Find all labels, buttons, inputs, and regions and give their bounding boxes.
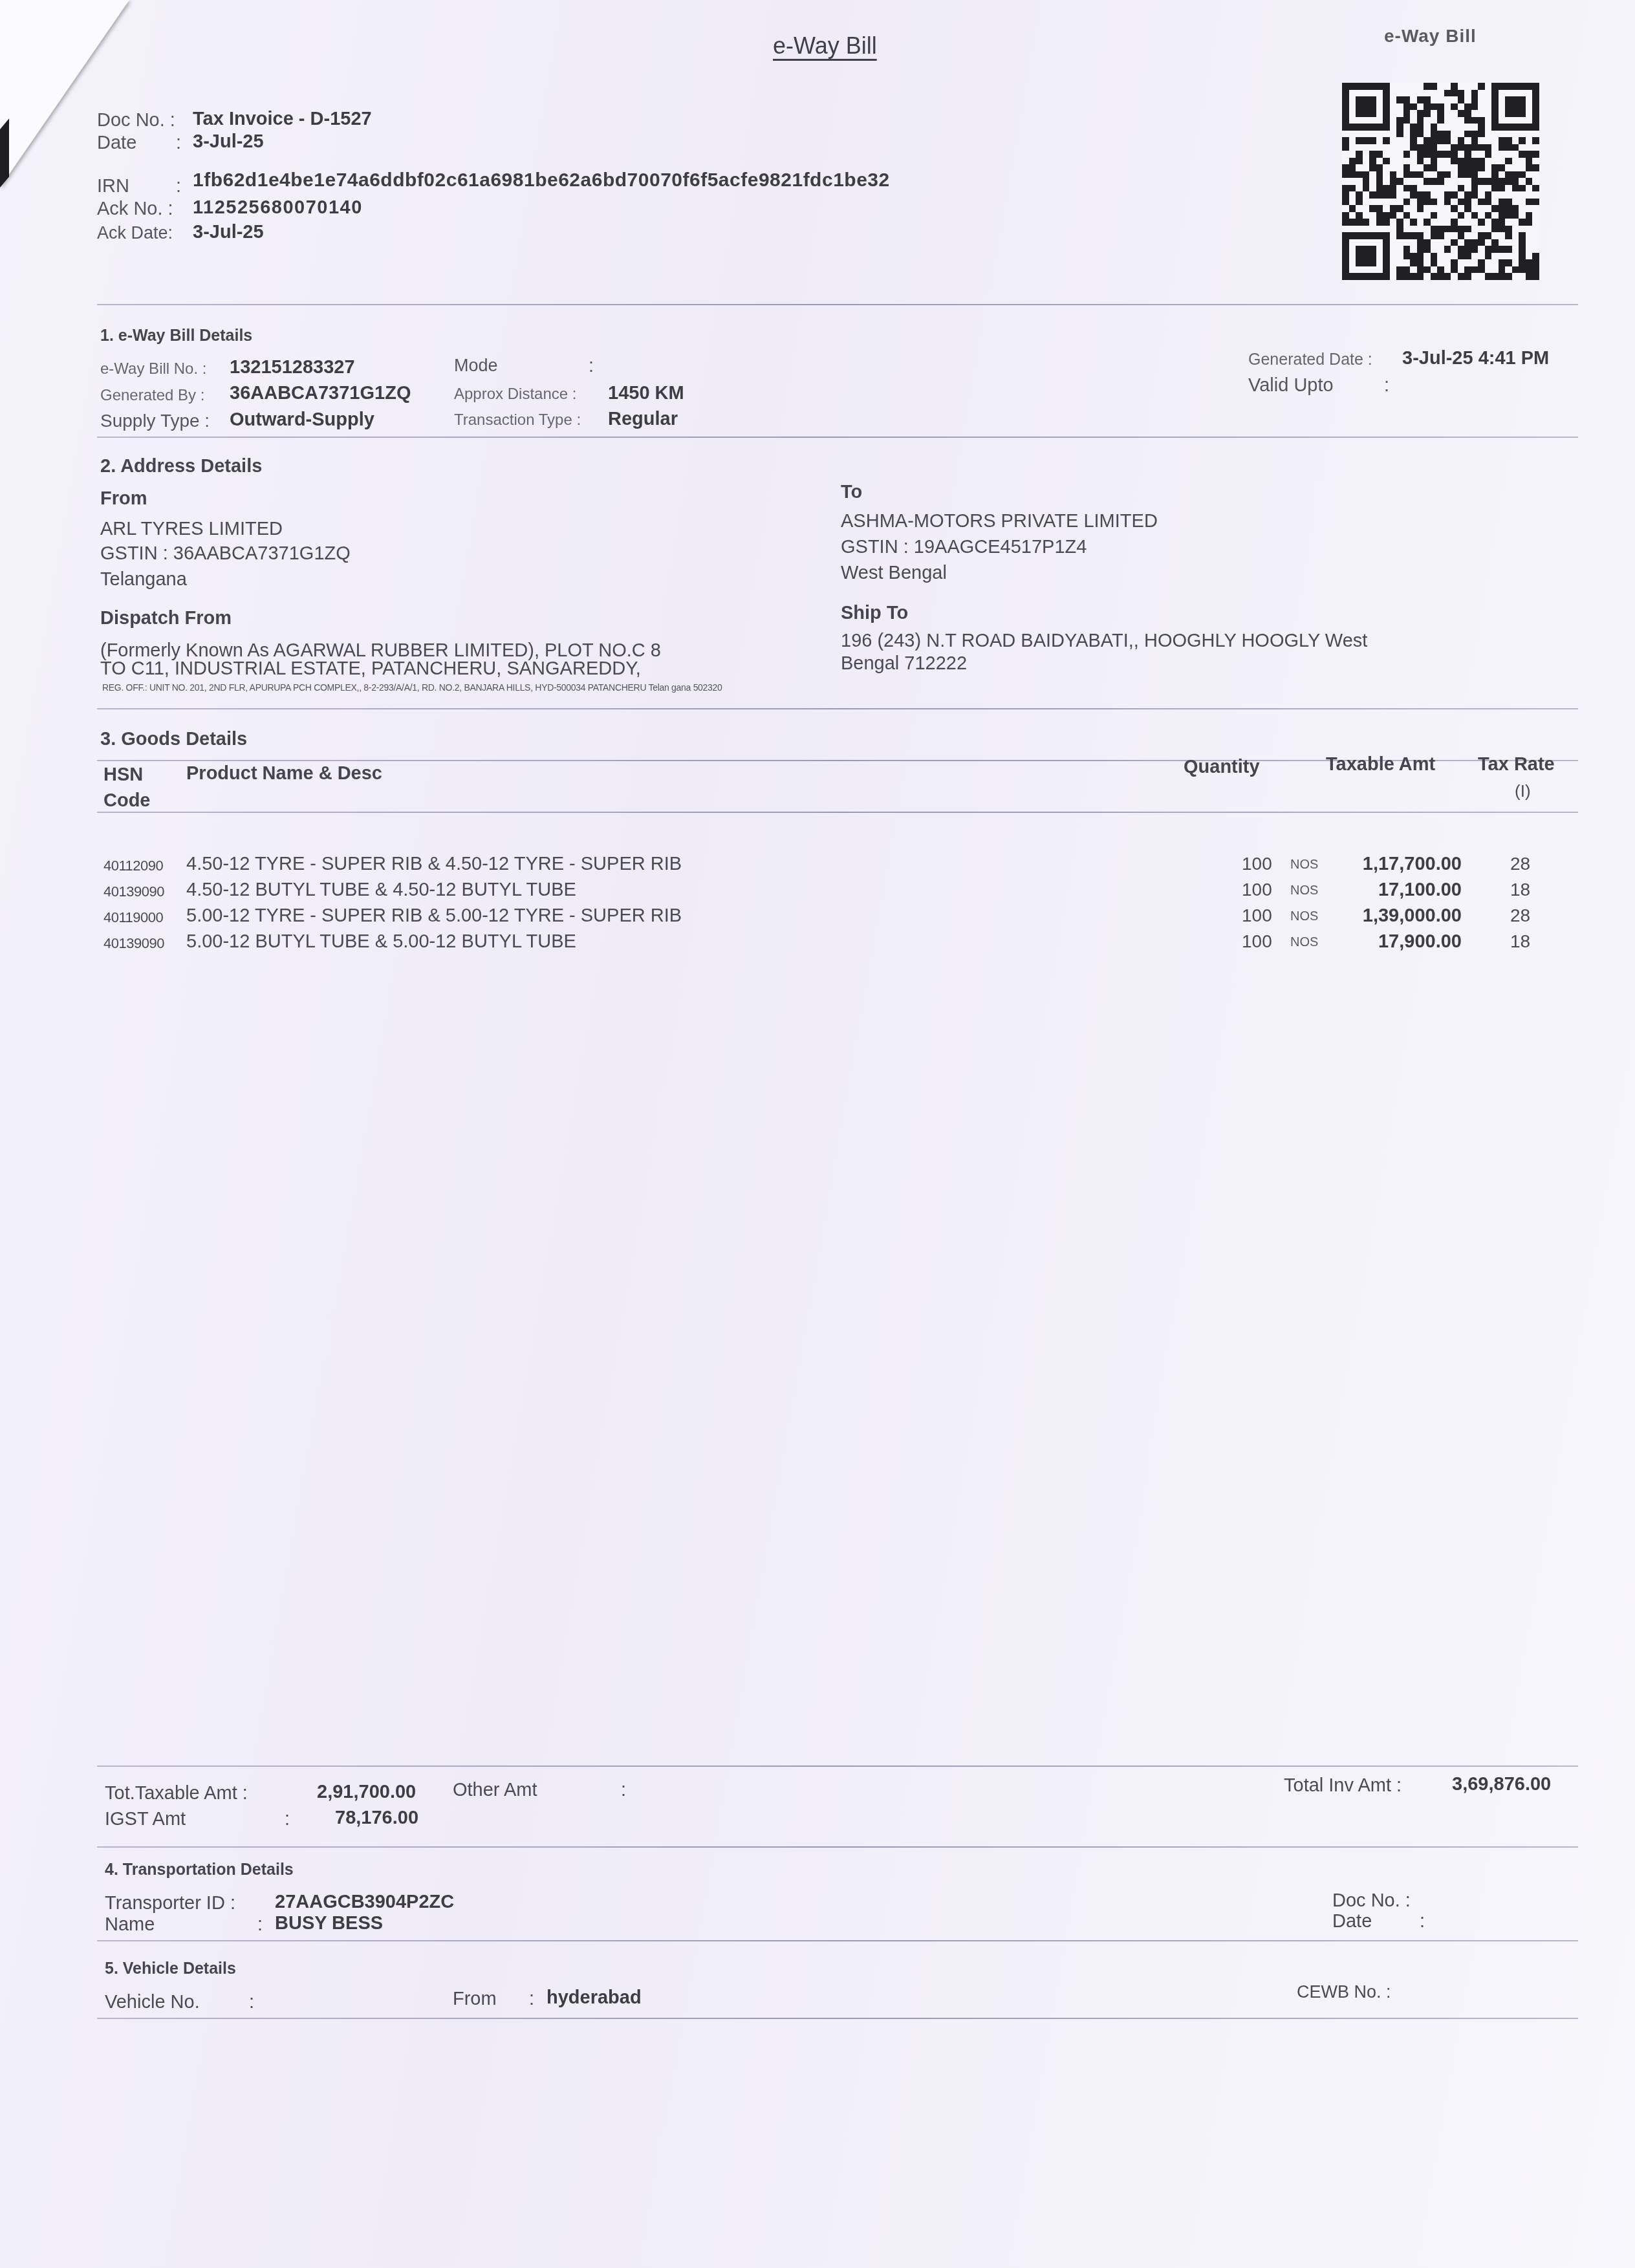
- product-desc: 5.00-12 BUTYL TUBE & 5.00-12 BUTYL TUBE: [186, 931, 576, 953]
- generated-by-label: Generated By :: [100, 387, 204, 405]
- section-title-vehicle-details: 5. Vehicle Details: [105, 1960, 236, 1978]
- section-title-transportation: 4. Transportation Details: [105, 1861, 294, 1879]
- tot-taxable-value: 2,91,700.00: [317, 1782, 416, 1803]
- total-inv-label: Total Inv Amt :: [1284, 1775, 1402, 1797]
- transporter-name-label: Name: [105, 1914, 155, 1936]
- irn-label: IRN: [97, 176, 129, 197]
- mode-colon: :: [589, 356, 594, 377]
- mode-label: Mode: [454, 356, 498, 376]
- divider: [97, 1940, 1578, 1941]
- date-label: Date: [97, 133, 136, 154]
- dispatch-line-3: REG. OFF.: UNIT NO. 201, 2ND FLR, APURUP…: [102, 682, 722, 693]
- taxable-amt: 1,39,000.00: [1268, 905, 1462, 927]
- transporter-name-value: BUSY BESS: [275, 1913, 383, 1934]
- taxable-amt: 17,100.00: [1268, 880, 1462, 901]
- hsn-code: 40112090: [103, 858, 163, 874]
- divider: [97, 304, 1578, 305]
- dispatch-line-2: TO C11, INDUSTRIAL ESTATE, PATANCHERU, S…: [100, 658, 641, 680]
- hsn-code: 40139090: [103, 935, 164, 952]
- to-label: To: [841, 482, 862, 503]
- tax-rate: 18: [1510, 931, 1530, 952]
- ship-to-line-1: 196 (243) N.T ROAD BAIDYABATI,, HOOGHLY …: [841, 631, 1367, 652]
- tax-rate: 18: [1510, 880, 1530, 900]
- vehicle-from-value: hyderabad: [547, 1987, 642, 2009]
- col-header-taxable-amt: Taxable Amt: [1326, 754, 1435, 775]
- qr-code-icon: [1342, 83, 1539, 280]
- tax-rate: 28: [1510, 854, 1530, 874]
- qr-title: e-Way Bill: [1384, 26, 1477, 47]
- other-amt-colon: :: [621, 1780, 626, 1801]
- date-colon: :: [176, 133, 181, 154]
- page-corner-shadow: [0, 118, 9, 188]
- col-header-product: Product Name & Desc: [186, 763, 382, 784]
- hsn-code: 40139090: [103, 883, 164, 900]
- divider: [97, 1766, 1578, 1767]
- from-gstin: GSTIN : 36AABCA7371G1ZQ: [100, 543, 351, 565]
- from-name: ARL TYRES LIMITED: [100, 519, 283, 540]
- total-inv-value: 3,69,876.00: [1452, 1774, 1551, 1795]
- table-row: 401390904.50-12 BUTYL TUBE & 4.50-12 BUT…: [103, 880, 1585, 905]
- hsn-code: 40119000: [103, 909, 163, 926]
- from-state: Telangana: [100, 569, 187, 590]
- ewb-no-value: 132151283327: [230, 357, 355, 378]
- approx-distance-label: Approx Distance :: [454, 385, 576, 404]
- generated-date-label: Generated Date :: [1248, 351, 1372, 369]
- col-header-tax-rate-type: (I): [1515, 781, 1531, 801]
- divider: [97, 708, 1578, 709]
- ack-no-value: 112525680070140: [193, 197, 363, 219]
- section-title-ewb-details: 1. e-Way Bill Details: [100, 327, 252, 345]
- divider: [97, 812, 1578, 813]
- transporter-id-label: Transporter ID :: [105, 1893, 235, 1914]
- vehicle-no-label: Vehicle No.: [105, 1992, 200, 2013]
- product-desc: 5.00-12 TYRE - SUPER RIB & 5.00-12 TYRE …: [186, 905, 682, 927]
- taxable-amt: 17,900.00: [1268, 931, 1462, 953]
- section-title-goods-details: 3. Goods Details: [100, 729, 247, 750]
- ack-no-label: Ack No. :: [97, 199, 173, 220]
- col-header-hsn: HSN: [103, 764, 143, 786]
- transport-date-label: Date: [1332, 1911, 1372, 1932]
- vehicle-from-colon: :: [529, 1989, 534, 2010]
- product-desc: 4.50-12 BUTYL TUBE & 4.50-12 BUTYL TUBE: [186, 880, 576, 901]
- irn-colon: :: [176, 176, 181, 197]
- transport-date-colon: :: [1420, 1911, 1425, 1932]
- table-row: 401190005.00-12 TYRE - SUPER RIB & 5.00-…: [103, 905, 1585, 931]
- vehicle-no-colon: :: [249, 1992, 254, 2013]
- ship-to-line-2: Bengal 712222: [841, 653, 967, 675]
- valid-upto-label: Valid Upto: [1248, 375, 1334, 396]
- doc-no-value: Tax Invoice - D-1527: [193, 109, 372, 130]
- cewb-no-label: CEWB No. :: [1297, 1982, 1391, 2002]
- vehicle-from-label: From: [453, 1989, 497, 2010]
- divider: [97, 437, 1578, 438]
- col-header-hsn-code: Code: [103, 790, 151, 812]
- to-state: West Bengal: [841, 563, 947, 584]
- section-title-address-details: 2. Address Details: [100, 456, 262, 477]
- generated-by-value: 36AABCA7371G1ZQ: [230, 383, 411, 404]
- to-name: ASHMA-MOTORS PRIVATE LIMITED: [841, 511, 1158, 532]
- generated-date-value: 3-Jul-25 4:41 PM: [1402, 348, 1549, 369]
- page-corner-fold: [0, 0, 129, 188]
- ewb-no-label: e-Way Bill No. :: [100, 360, 206, 378]
- ship-to-label: Ship To: [841, 603, 908, 624]
- dispatch-from-label: Dispatch From: [100, 608, 232, 629]
- irn-value: 1fb62d1e4be1e74a6ddbf02c61a6981be62a6bd7…: [193, 169, 890, 191]
- to-gstin: GSTIN : 19AAGCE4517P1Z4: [841, 537, 1087, 558]
- taxable-amt: 1,17,700.00: [1268, 854, 1462, 875]
- transporter-id-value: 27AAGCB3904P2ZC: [275, 1892, 454, 1913]
- supply-type-value: Outward-Supply: [230, 409, 374, 431]
- igst-value: 78,176.00: [335, 1808, 418, 1829]
- approx-distance-value: 1450 KM: [608, 383, 684, 404]
- doc-no-label: Doc No. :: [97, 110, 175, 131]
- table-row: 401390905.00-12 BUTYL TUBE & 5.00-12 BUT…: [103, 931, 1585, 957]
- tot-taxable-label: Tot.Taxable Amt :: [105, 1783, 248, 1804]
- product-desc: 4.50-12 TYRE - SUPER RIB & 4.50-12 TYRE …: [186, 854, 682, 875]
- supply-type-label: Supply Type :: [100, 411, 210, 431]
- transport-doc-no-label: Doc No. :: [1332, 1890, 1411, 1912]
- ack-date-value: 3-Jul-25: [193, 222, 264, 243]
- tax-rate: 28: [1510, 905, 1530, 926]
- valid-upto-colon: :: [1384, 375, 1389, 396]
- col-header-quantity: Quantity: [1184, 757, 1260, 778]
- igst-label: IGST Amt: [105, 1809, 186, 1830]
- divider: [97, 2018, 1578, 2019]
- table-row: 401120904.50-12 TYRE - SUPER RIB & 4.50-…: [103, 854, 1585, 880]
- other-amt-label: Other Amt: [453, 1780, 537, 1801]
- transaction-type-value: Regular: [608, 409, 678, 430]
- transaction-type-label: Transaction Type :: [454, 411, 581, 429]
- igst-colon: :: [285, 1809, 290, 1830]
- divider: [97, 1846, 1578, 1848]
- ack-date-label: Ack Date:: [97, 223, 173, 243]
- col-header-tax-rate: Tax Rate: [1478, 754, 1555, 775]
- transporter-name-colon: :: [257, 1914, 263, 1936]
- date-value: 3-Jul-25: [193, 131, 264, 153]
- from-label: From: [100, 488, 147, 510]
- document-title: e-Way Bill: [773, 32, 877, 59]
